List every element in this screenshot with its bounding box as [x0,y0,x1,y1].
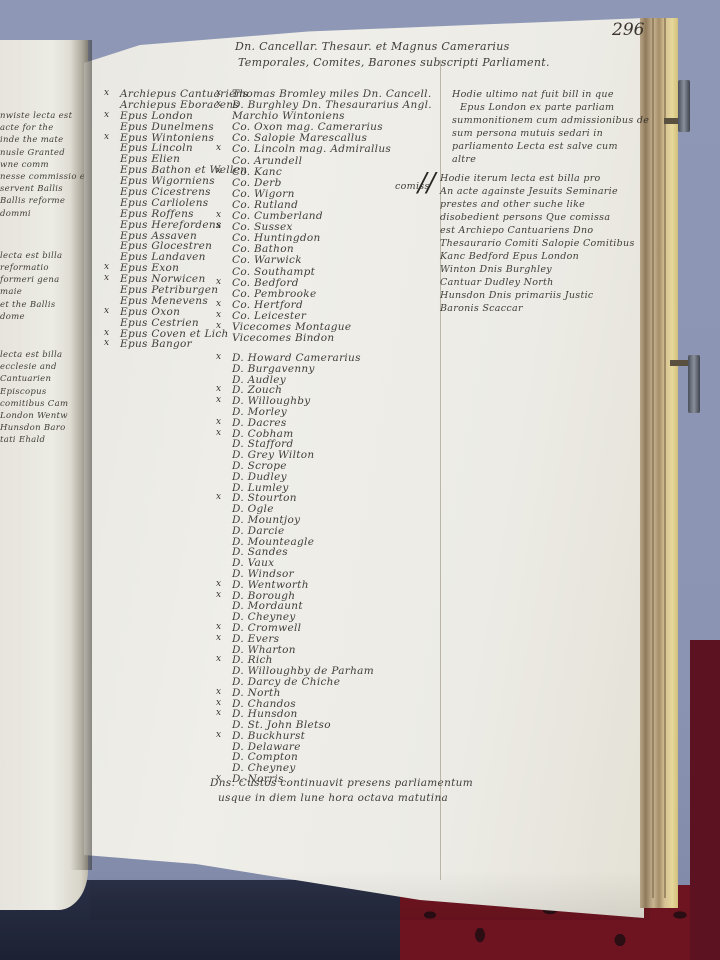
attendance-mark: x [216,395,221,405]
entry-text: Vicecomes Bindon [232,332,334,345]
attendance-mark: x [104,273,109,283]
right-top-line: Epus London ex parte parliam [460,101,657,114]
attendance-mark: x [216,708,221,718]
right-main-line: est Archiepo Cantuariens Dno [440,224,635,237]
right-main-line: Hodie iterum lecta est billa pro [440,172,635,185]
attendance-mark: x [216,221,221,231]
attendance-mark: x [216,492,221,502]
attendance-mark: x [104,110,109,120]
attendance-mark: x [216,310,221,320]
right-main-line: Winton Dnis Burghley [440,263,635,276]
attendance-mark: x [216,687,221,697]
page-shadow [90,870,650,920]
closing-line-1: Dns. Custos continuavit presens parliame… [210,777,473,790]
attendance-mark: x [104,328,109,338]
metal-clasp-top[interactable] [678,80,690,132]
attendance-mark: x [216,143,221,153]
attendance-mark: x [104,306,109,316]
attendance-mark: x [216,730,221,740]
attendance-mark: x [216,654,221,664]
right-main-line: Hunsdon Dnis primariis Justic [440,289,635,302]
right-main-line: Kanc Bedford Epus London [440,250,635,263]
right-main-line: Thesaurario Comiti Salopie Comitibus [440,237,635,250]
margin-brace: // [418,168,436,198]
attendance-mark: x [104,88,109,98]
right-top-line: parliamento Lecta est salve cum [452,140,649,153]
right-main-line: Baronis Scaccar [440,302,635,315]
attendance-mark: x [104,132,109,142]
right-top-line: Hodie ultimo nat fuit bill in que [452,88,649,101]
right-top-line: summonitionem cum admissionibus de [452,114,649,127]
book-gutter [70,40,92,870]
attendance-mark: x [216,166,221,176]
attendance-mark: x [216,88,221,98]
attendance-mark: x [216,210,221,220]
attendance-mark: x [216,417,221,427]
attendance-mark: x [216,428,221,438]
metal-clasp-bottom[interactable] [688,355,700,413]
right-top-line: altre [452,153,649,166]
attendance-mark: x [216,277,221,287]
attendance-mark: x [104,262,109,272]
closing-line-2: usque in diem lune hora octava matutina [218,792,448,805]
attendance-mark: x [216,622,221,632]
attendance-mark: x [216,590,221,600]
attendance-mark: x [216,633,221,643]
heading-line-2: Temporales, Comites, Barones subscripti … [238,56,550,69]
right-main-line: Cantuar Dudley North [440,276,635,289]
entry-text: Epus Bangor [120,338,192,351]
right-block-top: Hodie ultimo nat fuit bill in que Epus L… [452,88,649,166]
folio-number: 296 [612,20,644,40]
right-top-line: sum persona mutuis sedari in [452,127,649,140]
attendance-mark: x [216,352,221,362]
attendance-mark: x [104,338,109,348]
attendance-mark: x [216,99,221,109]
right-main-line: An acte againste Jesuits Seminarie [440,185,635,198]
fore-edge-line [652,18,654,898]
attendance-mark: x [216,698,221,708]
right-main-line: disobedient persons Que comissa [440,211,635,224]
fore-edge-line [664,18,666,898]
attendance-mark: x [216,384,221,394]
attendance-mark: x [216,321,221,331]
red-cloth-edge [690,640,720,960]
right-main-line: prestes and other suche like [440,198,635,211]
heading-line-1: Dn. Cancellar. Thesaur. et Magnus Camera… [235,40,510,53]
attendance-mark: x [216,299,221,309]
attendance-mark: x [216,579,221,589]
clasp-strap [670,360,688,366]
right-block-main: Hodie iterum lecta est billa pro An acte… [440,172,635,315]
